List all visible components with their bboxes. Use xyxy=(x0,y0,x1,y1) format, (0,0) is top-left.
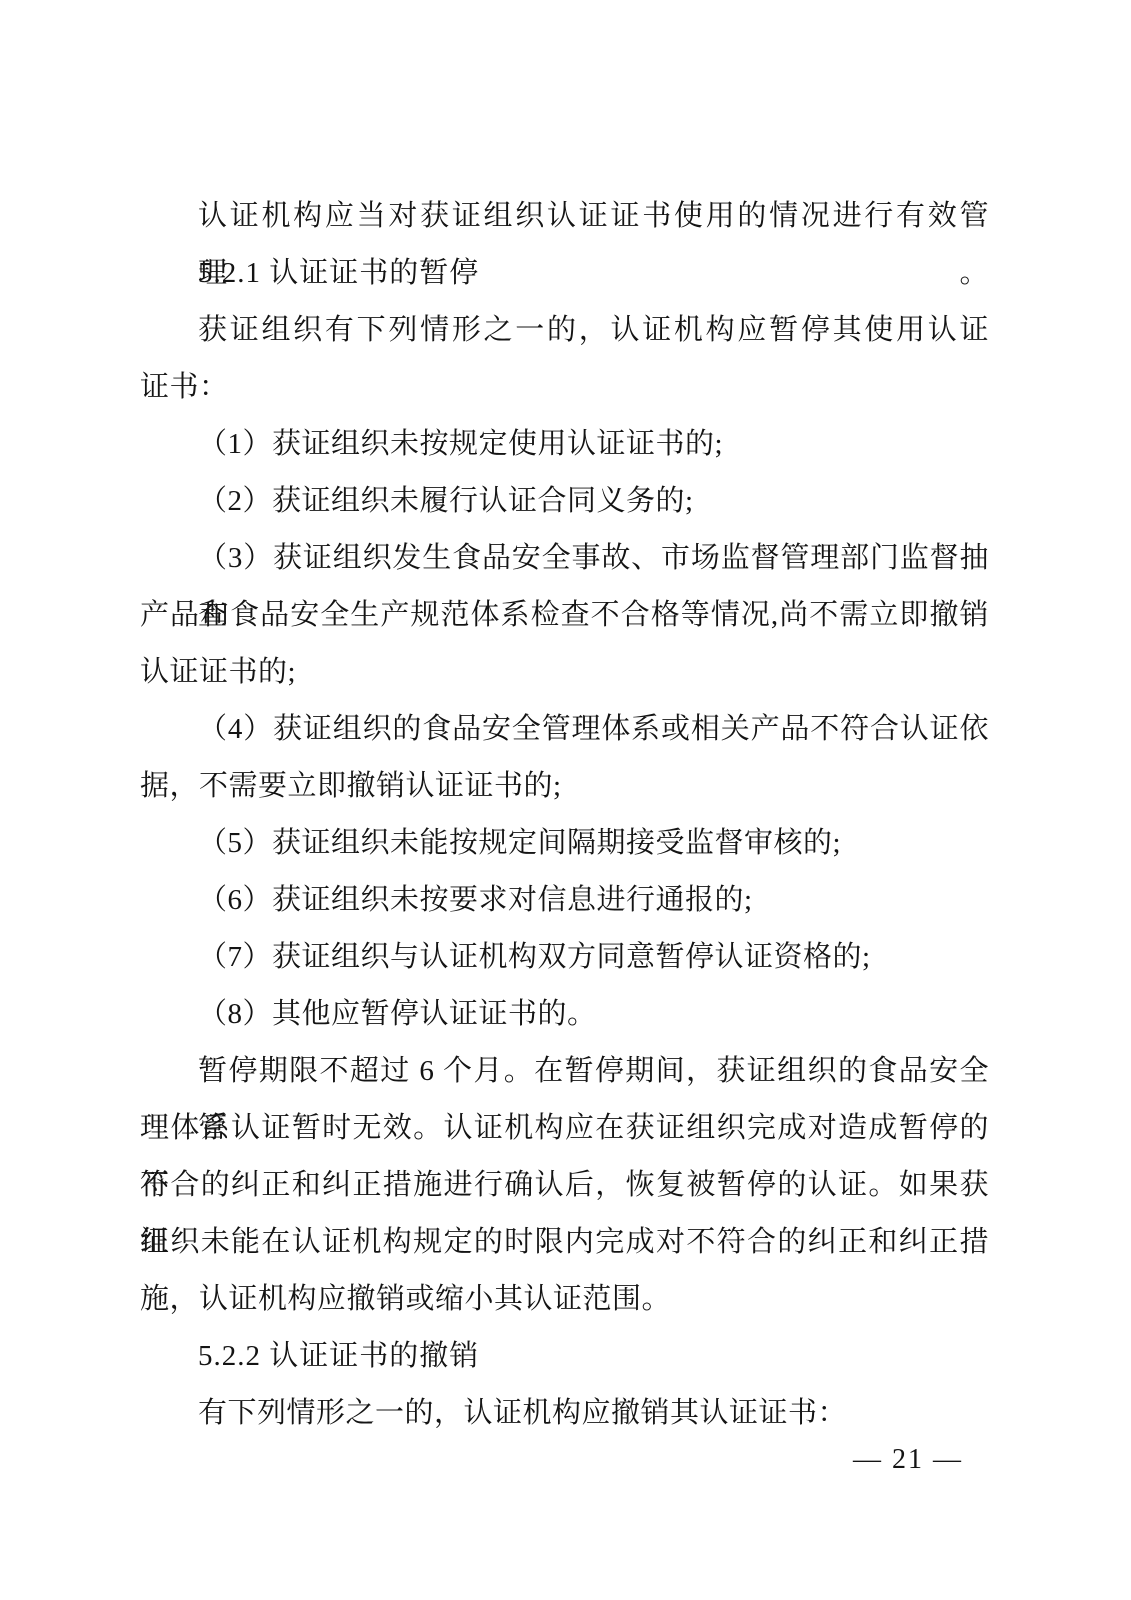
list-item-1: （1）获证组织未按规定使用认证证书的; xyxy=(140,416,989,473)
list-item-3-continued: 认证证书的; xyxy=(140,644,989,701)
paragraph-line: 获证组织有下列情形之一的，认证机构应暂停其使用认证 xyxy=(140,302,989,359)
paragraph-line: 组织未能在认证机构规定的时限内完成对不符合的纠正和纠正措 xyxy=(140,1214,989,1271)
paragraph-line: 理体系认证暂时无效。认证机构应在获证组织完成对造成暂停的不 xyxy=(140,1100,989,1157)
document-page: 认证机构应当对获证组织认证证书使用的情况进行有效管理。 5.2.1 认证证书的暂… xyxy=(0,0,1131,1600)
list-item-6: （6）获证组织未按要求对信息进行通报的; xyxy=(140,872,989,929)
list-item-8: （8）其他应暂停认证证书的。 xyxy=(140,986,989,1043)
list-item-3-continued: 产品和食品安全生产规范体系检查不合格等情况,尚不需立即撤销 xyxy=(140,587,989,644)
section-heading-5-2-2: 5.2.2 认证证书的撤销 xyxy=(140,1328,989,1385)
list-item-5: （5）获证组织未能按规定间隔期接受监督审核的; xyxy=(140,815,989,872)
paragraph-line: 施，认证机构应撤销或缩小其认证范围。 xyxy=(140,1271,989,1328)
list-item-4-continued: 据，不需要立即撤销认证证书的; xyxy=(140,758,989,815)
paragraph-line: 有下列情形之一的，认证机构应撤销其认证证书： xyxy=(140,1385,989,1442)
list-item-3: （3）获证组织发生食品安全事故、市场监督管理部门监督抽查 xyxy=(140,530,989,587)
page-number: — 21 — xyxy=(0,1438,1131,1482)
list-item-2: （2）获证组织未履行认证合同义务的; xyxy=(140,473,989,530)
list-item-7: （7）获证组织与认证机构双方同意暂停认证资格的; xyxy=(140,929,989,986)
paragraph-line: 符合的纠正和纠正措施进行确认后，恢复被暂停的认证。如果获证 xyxy=(140,1157,989,1214)
document-body: 认证机构应当对获证组织认证证书使用的情况进行有效管理。 5.2.1 认证证书的暂… xyxy=(140,188,989,1442)
paragraph-line: 证书： xyxy=(140,359,989,416)
list-item-4: （4）获证组织的食品安全管理体系或相关产品不符合认证依 xyxy=(140,701,989,758)
paragraph-line: 暂停期限不超过 6 个月。在暂停期间，获证组织的食品安全管 xyxy=(140,1043,989,1100)
paragraph-line: 认证机构应当对获证组织认证证书使用的情况进行有效管理。 xyxy=(140,188,989,245)
